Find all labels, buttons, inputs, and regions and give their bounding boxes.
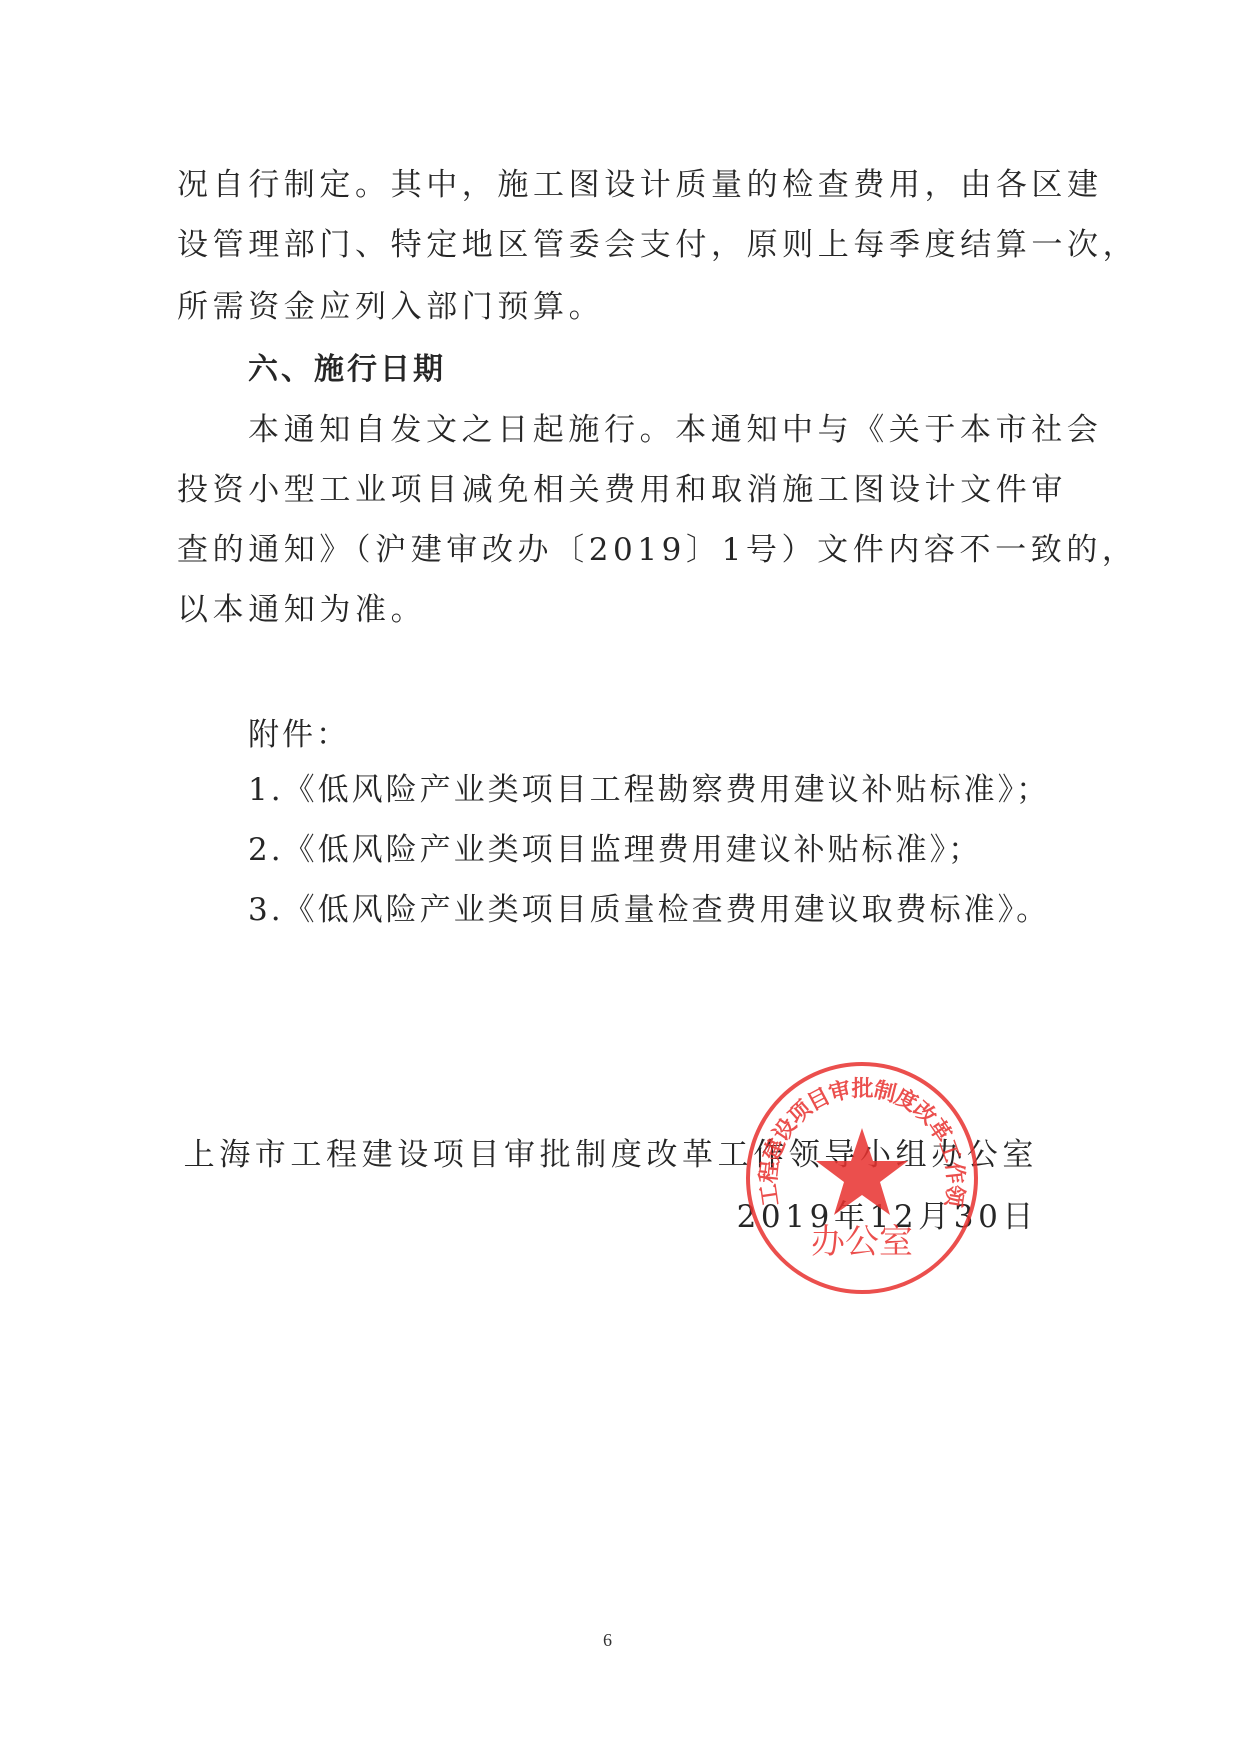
- body-line: 投资小型工业项目减免相关费用和取消施工图设计文件审: [177, 460, 1039, 520]
- annex-item: 2.《低风险产业类项目监理费用建议补贴标准》；: [248, 820, 1048, 880]
- document-page: 况自行制定。其中，施工图设计质量的检查费用，由各区建 设管理部门、特定地区管委会…: [0, 0, 1240, 1755]
- page-number: 6: [603, 1630, 612, 1651]
- body-line: 以本通知为准。: [177, 580, 1039, 640]
- annex-item: 3.《低风险产业类项目质量检查费用建议取费标准》。: [248, 880, 1048, 940]
- body-line: 况自行制定。其中，施工图设计质量的检查费用，由各区建: [177, 155, 1039, 215]
- annex-item: 1.《低风险产业类项目工程勘察费用建议补贴标准》；: [248, 760, 1048, 820]
- annex-label: 附件：: [248, 705, 1048, 765]
- body-line: 本通知自发文之日起施行。本通知中与《关于本市社会: [248, 400, 1038, 460]
- body-line: 设管理部门、特定地区管委会支付，原则上每季度结算一次，: [177, 215, 1039, 275]
- signature-date: 2019年12月30日: [737, 1187, 1038, 1247]
- body-line: 查的通知》（沪建审改办〔2019〕1号）文件内容不一致的，: [177, 520, 1039, 580]
- body-line: 所需资金应列入部门预算。: [177, 277, 1039, 337]
- section-heading: 六、施行日期: [248, 340, 1038, 400]
- signature-organization: 上海市工程建设项目审批制度改革工作领导小组办公室: [184, 1125, 1038, 1185]
